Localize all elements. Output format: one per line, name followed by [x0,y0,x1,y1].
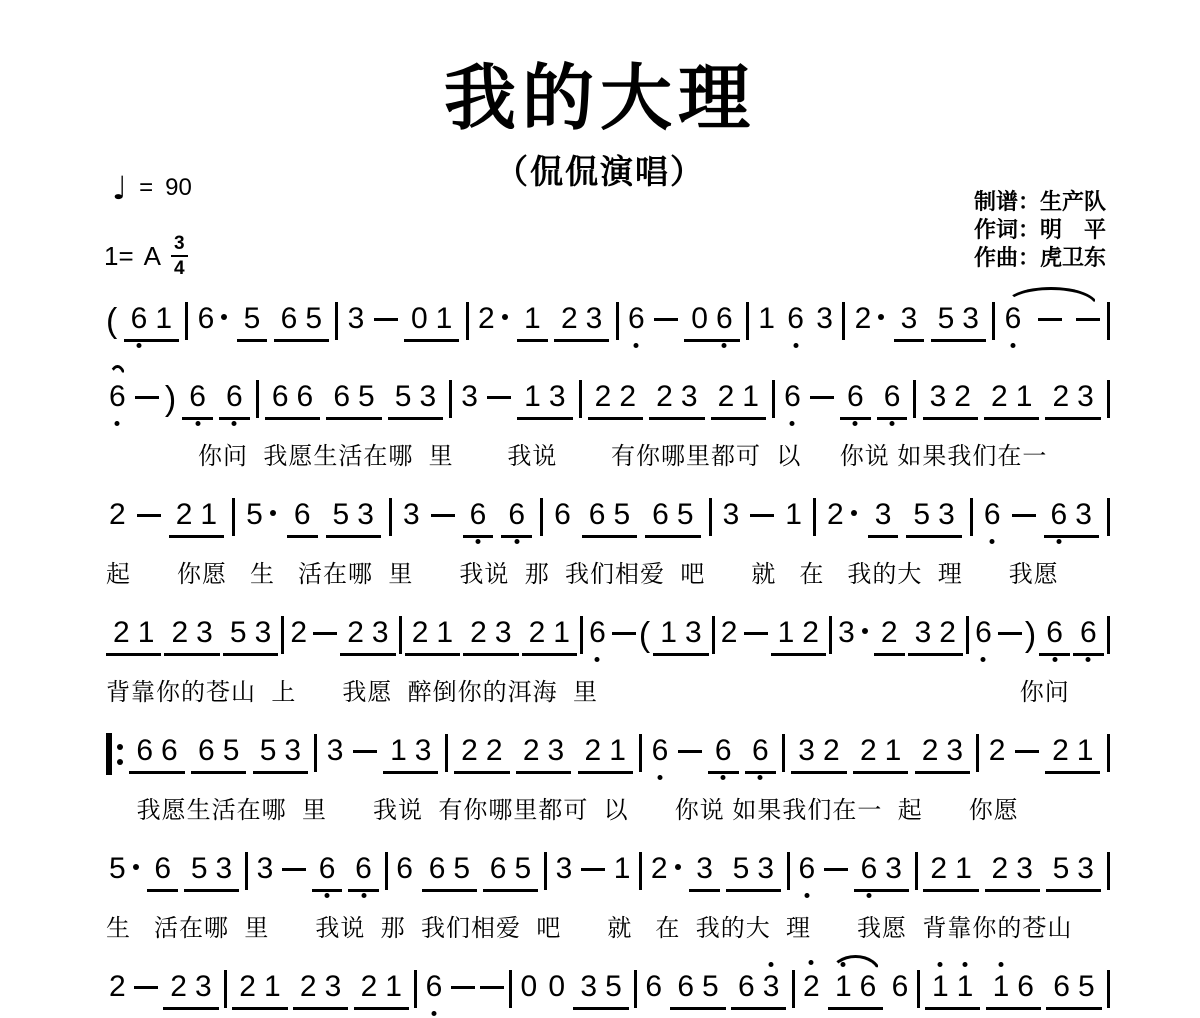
duration-dash [1012,514,1036,517]
repeat-dot [117,759,123,765]
beam-group: 63 [1044,498,1099,538]
note: 3 [284,736,301,766]
beam-group: 6 [1039,616,1070,656]
note: 6 [136,736,153,766]
beam-group: 23 [164,616,219,656]
notation-line: 666553313222321666322123221 [106,734,1110,780]
note: 6 [198,302,228,334]
note: 2 [486,736,503,766]
note: 6 [892,970,909,1002]
open-paren: ( [639,616,650,654]
sheet-music-page: { "meta": { "background": "#ffffff", "in… [0,0,1200,1018]
note: 6 [975,616,992,648]
note: 5 [244,304,261,334]
beam-group: 6 [182,380,213,420]
note: 5 [230,618,247,648]
augmentation-dot [878,314,884,320]
beam-group: 6 [348,852,379,892]
beam-group: 21 [354,970,409,1010]
barline [792,970,795,1008]
beam-group: 12 [771,616,826,656]
barline [842,302,845,340]
augmentation-dot [270,510,276,516]
beam-group: 21 [923,852,978,892]
note: 1 [758,302,775,334]
beam-group: 53 [1046,852,1101,892]
note: 3 [816,302,833,334]
barline [913,380,916,418]
beam-group: 21 [578,734,633,774]
note: 5 [223,736,240,766]
beam-group: 21 [853,734,908,774]
note: 3 [357,500,374,530]
note: 2 [470,618,487,648]
beam-group: 63 [731,970,786,1010]
beam-group: 53 [726,852,781,892]
time-signature-denominator: 4 [174,257,185,278]
beam-group: 23 [554,302,609,342]
beam-group: 01 [404,302,459,342]
note: 2 [802,618,819,648]
barline [917,970,920,1008]
augmentation-dot [502,314,508,320]
beam-group: 65 [670,970,725,1010]
note: 3 [325,972,342,1002]
lyrics-line: 你问 我愿生活在哪 里 我说 有你哪里都可 以 你说 如果我们在一 [106,436,1110,466]
duration-dash [824,868,848,871]
barline [579,380,582,418]
note: 2 [619,382,636,412]
barline [1107,302,1110,340]
note: 1 [778,618,795,648]
duration-dash [581,868,605,871]
note: 1 [785,498,802,530]
augmentation-dot [862,628,868,634]
barline [772,380,775,418]
beam-group: 65 [483,852,538,892]
note: 3 [1077,854,1094,884]
barline [634,970,637,1008]
beam-group: 6 [219,380,250,420]
beam-group: 35 [573,970,628,1010]
credits-block: 制谱：生产队 作词：明 平 作曲：虎卫东 [974,188,1106,272]
barline [1107,498,1110,536]
duration-dash [313,632,337,635]
note: 2 [585,736,602,766]
duration-dash [1015,750,1039,753]
beam-group: 23 [1045,380,1100,420]
barline [399,616,402,654]
duration-dash [678,750,702,753]
note: 5 [395,382,412,412]
note: 3 [586,304,603,334]
barline [1107,852,1110,890]
beam-group: 53 [388,380,443,420]
note: 3 [580,972,597,1002]
beam-group: 65 [191,734,246,774]
beam-group: 6 [501,498,532,538]
beam-group: 6 [287,498,318,538]
beam-group: 66 [129,734,184,774]
note: 6 [628,302,645,334]
note: 5 [605,972,622,1002]
beam-group: 16 [986,970,1041,1010]
duration-dash [282,868,306,871]
note: 6 [787,302,804,334]
note: 6 [490,854,507,884]
beam-group: 23 [985,852,1040,892]
note: 1 [264,972,281,1002]
note: 2 [651,852,681,884]
barline [787,852,790,890]
note: 3 [1077,382,1094,412]
note: 5 [913,500,930,530]
note: 2 [109,970,126,1002]
time-signature: 3 4 [171,234,188,278]
tempo-marking: ♩ = 90 [112,172,192,204]
barline [970,498,973,536]
note: 2 [171,618,188,648]
note: 6 [131,304,148,334]
barline [335,302,338,340]
lyrics-line: 我愿生活在哪 里 我说 有你哪里都可 以 你说 如果我们在一 起 你愿 [106,790,1110,820]
note: 3 [556,852,573,884]
note: 6 [715,736,732,766]
beam-group: 6 [877,380,908,420]
note: 2 [823,736,840,766]
note: 2 [170,972,187,1002]
note: 6 [1051,500,1068,530]
note: 6 [109,380,126,412]
note: 2 [939,618,956,648]
note: 1 [993,972,1010,1002]
barline [445,734,448,772]
note: 6 [652,734,669,766]
duration-dash [487,396,511,399]
beam-group: 11 [925,970,980,1010]
beam-group: 23 [163,970,218,1010]
note: 2 [881,618,898,648]
beam-group: 65 [422,852,477,892]
note: 1 [524,382,541,412]
note: 6 [1005,302,1022,334]
beam-group: 21 [1045,734,1100,774]
note: 6 [554,498,571,530]
note: 6 [161,736,178,766]
note: 2 [989,734,1006,766]
note: 3 [195,972,212,1002]
beam-group: 21 [106,616,161,656]
barline [281,616,284,654]
beam-group: 53 [931,302,986,342]
note: 3 [255,618,272,648]
duration-dash [654,318,678,321]
beam-group: 6 [840,380,871,420]
augmentation-dot [675,864,681,870]
repeat-sign-dots [117,744,123,765]
beam-group: 61 [124,302,179,342]
notation-line: 565336666565312353663212353 [106,852,1110,898]
barline [544,852,547,890]
notation-line: 6)66666553313222321666322123 [106,380,1110,426]
duration-dash [810,396,834,399]
note: 6 [426,970,443,1002]
sheet-header: 我的大理 （侃侃演唱） ♩ = 90 1= A 3 4 制谱：生产队 作词：明 … [0,0,1200,270]
barline [1107,970,1110,1008]
note: 3 [681,382,698,412]
note: 2 [529,618,546,648]
note: 1 [385,972,402,1002]
barline [540,498,543,536]
beam-group: 53 [223,616,278,656]
note: 6 [226,382,243,412]
note: 5 [358,382,375,412]
note: 6 [189,382,206,412]
barline [1107,616,1110,654]
duration-dash [135,396,159,399]
beam-group: 23 [649,380,704,420]
note: 2 [1052,736,1069,766]
barline [813,498,816,536]
note: 2 [656,382,673,412]
note: 6 [677,972,694,1002]
tie-arc: 6 [1002,302,1101,334]
note: 2 [991,382,1008,412]
beam-group: 1 [517,302,548,342]
note: 5 [109,852,139,884]
note: 2 [954,382,971,412]
open-paren: ( [106,302,117,340]
note: 6 [860,972,877,1002]
note: 6 [429,854,446,884]
beam-group: 63 [854,852,909,892]
beam-group: 53 [906,498,961,538]
song-title: 我的大理 [0,40,1200,144]
close-paren: ) [165,380,176,418]
beam-group: 53 [184,852,239,892]
beam-group: 2 [874,616,905,656]
note: 3 [495,618,512,648]
barline [639,852,642,890]
note: 5 [514,854,531,884]
beam-group: 65 [645,498,700,538]
beam-group: 3 [689,852,720,892]
quarter-note-icon: ♩ [112,172,127,204]
note: 6 [294,500,311,530]
duration-dash [744,632,768,635]
note: 5 [191,854,208,884]
barline [709,498,712,536]
beam-group: 32 [923,380,978,420]
note: 1 [1016,382,1033,412]
beam-group: 23 [293,970,348,1010]
note: 1 [660,618,677,648]
barline [992,302,995,340]
credit-line-lyricist: 作词：明 平 [974,216,1106,244]
beam-group: 53 [253,734,308,774]
barline [414,970,417,1008]
duration-dash [134,986,158,989]
note: 6 [589,616,606,648]
note: 6 [198,736,215,766]
note: 1 [614,852,631,884]
note: 3 [763,972,780,1002]
notation-line: 221565336666565312353663 [106,498,1110,544]
note: 1 [955,854,972,884]
note: 5 [613,500,630,530]
notation-line: 2123532232123216(1321232326)66 [106,616,1110,662]
note: 3 [549,382,566,412]
note: 6 [355,854,372,884]
note: 6 [847,382,864,412]
barline [385,852,388,890]
beam-group: 32 [791,734,846,774]
note: 5 [305,304,322,334]
note: 3 [257,852,274,884]
repeat-sign-bar [106,733,112,775]
note: 2 [803,970,820,1002]
barline [966,616,969,654]
lyrics-line: 起 你愿 生 活在哪 里 我说 那 我们相爱 吧 就 在 我的大 理 我愿 [106,554,1110,584]
note: 3 [415,736,432,766]
beam-group: 3 [868,498,899,538]
notation-line: 22321232160035665632166111665 [106,970,1110,1016]
beam-group: 23 [463,616,518,656]
note: 6 [984,498,1001,530]
note: 1 [1077,736,1094,766]
note: 3 [685,618,702,648]
beam-group: 16 [828,970,883,1010]
repeat-dot [117,744,123,750]
barline [185,302,188,340]
lyrics-line: 背靠你的苍山 上 我愿 醉倒你的洱海 里 你问 [106,672,1110,702]
note: 6 [884,382,901,412]
beam-group: 21 [405,616,460,656]
note: 3 [419,382,436,412]
note: 1 [200,500,217,530]
note: 1 [932,972,949,1002]
tempo-equals: = [139,174,153,202]
note: 2 [300,972,317,1002]
note: 6 [297,382,314,412]
note: 3 [1075,500,1092,530]
note: 2 [523,736,540,766]
note: 6 [319,854,336,884]
time-signature-numerator: 3 [171,234,188,257]
beam-group: 21 [711,380,766,420]
note: 2 [412,618,429,648]
note: 2 [930,854,947,884]
barline [616,302,619,340]
note: 2 [718,382,735,412]
note: 2 [290,616,307,648]
beam-group: 32 [908,616,963,656]
note: 1 [436,618,453,648]
note: 6 [154,854,171,884]
note: 2 [461,736,478,766]
note: 1 [835,972,852,1002]
barline [466,302,469,340]
beam-group: 23 [516,734,571,774]
beam-group: 23 [915,734,970,774]
note: 3 [403,498,420,530]
barline [746,302,749,340]
key-prefix: 1= [104,241,134,272]
note: 6 [798,852,815,884]
note: 2 [595,382,612,412]
barline [509,970,512,1008]
note: 3 [348,302,365,334]
beam-group: 6 [312,852,343,892]
close-paren: ) [1025,616,1036,654]
note: 3 [838,616,868,648]
barline [829,616,832,654]
note: 2 [827,498,857,530]
note: 6 [333,382,350,412]
barline [224,970,227,1008]
beam-group: 65 [582,498,637,538]
note: 3 [216,854,233,884]
beam-group: 13 [383,734,438,774]
note: 3 [696,854,713,884]
note: 3 [548,736,565,766]
note: 2 [361,972,378,1002]
tie-arc: 6 [106,380,129,412]
beam-group: 22 [454,734,509,774]
note: 6 [1053,972,1070,1002]
beam-group: 53 [326,498,381,538]
note: 1 [390,736,407,766]
beam-group: 21 [169,498,224,538]
note: 1 [155,304,172,334]
note: 2 [109,498,126,530]
duration-dash [451,986,475,989]
credit-line-arranger: 制谱：生产队 [974,188,1106,216]
note: 5 [453,854,470,884]
key-tonic: A [144,241,161,272]
note: 3 [930,382,947,412]
barline [580,616,583,654]
duration-dash [1076,318,1100,321]
note: 3 [946,736,963,766]
beam-group: 06 [684,302,739,342]
duration-dash [750,514,774,517]
note: 6 [738,972,755,1002]
note: 2 [176,500,193,530]
note: 3 [875,500,892,530]
beam-group: 21 [984,380,1039,420]
note: 2 [922,736,939,766]
score: (6165653012123606163235366)6666655331322… [0,302,1200,1016]
note: 3 [885,854,902,884]
note: 2 [347,618,364,648]
beam-group: 3 [894,302,925,342]
note: 1 [742,382,759,412]
credit-line-composer: 作曲：虎卫东 [974,244,1106,272]
note: 3 [723,498,740,530]
note: 1 [524,304,541,334]
note: 6 [1080,618,1097,648]
note: 6 [652,500,669,530]
note: 5 [333,500,350,530]
tempo-bpm: 90 [165,174,192,202]
beam-group: 23 [340,616,395,656]
note: 6 [861,854,878,884]
duration-dash [1038,318,1062,321]
beam-group: 6 [147,852,178,892]
note: 3 [327,734,344,766]
note: 2 [992,854,1009,884]
